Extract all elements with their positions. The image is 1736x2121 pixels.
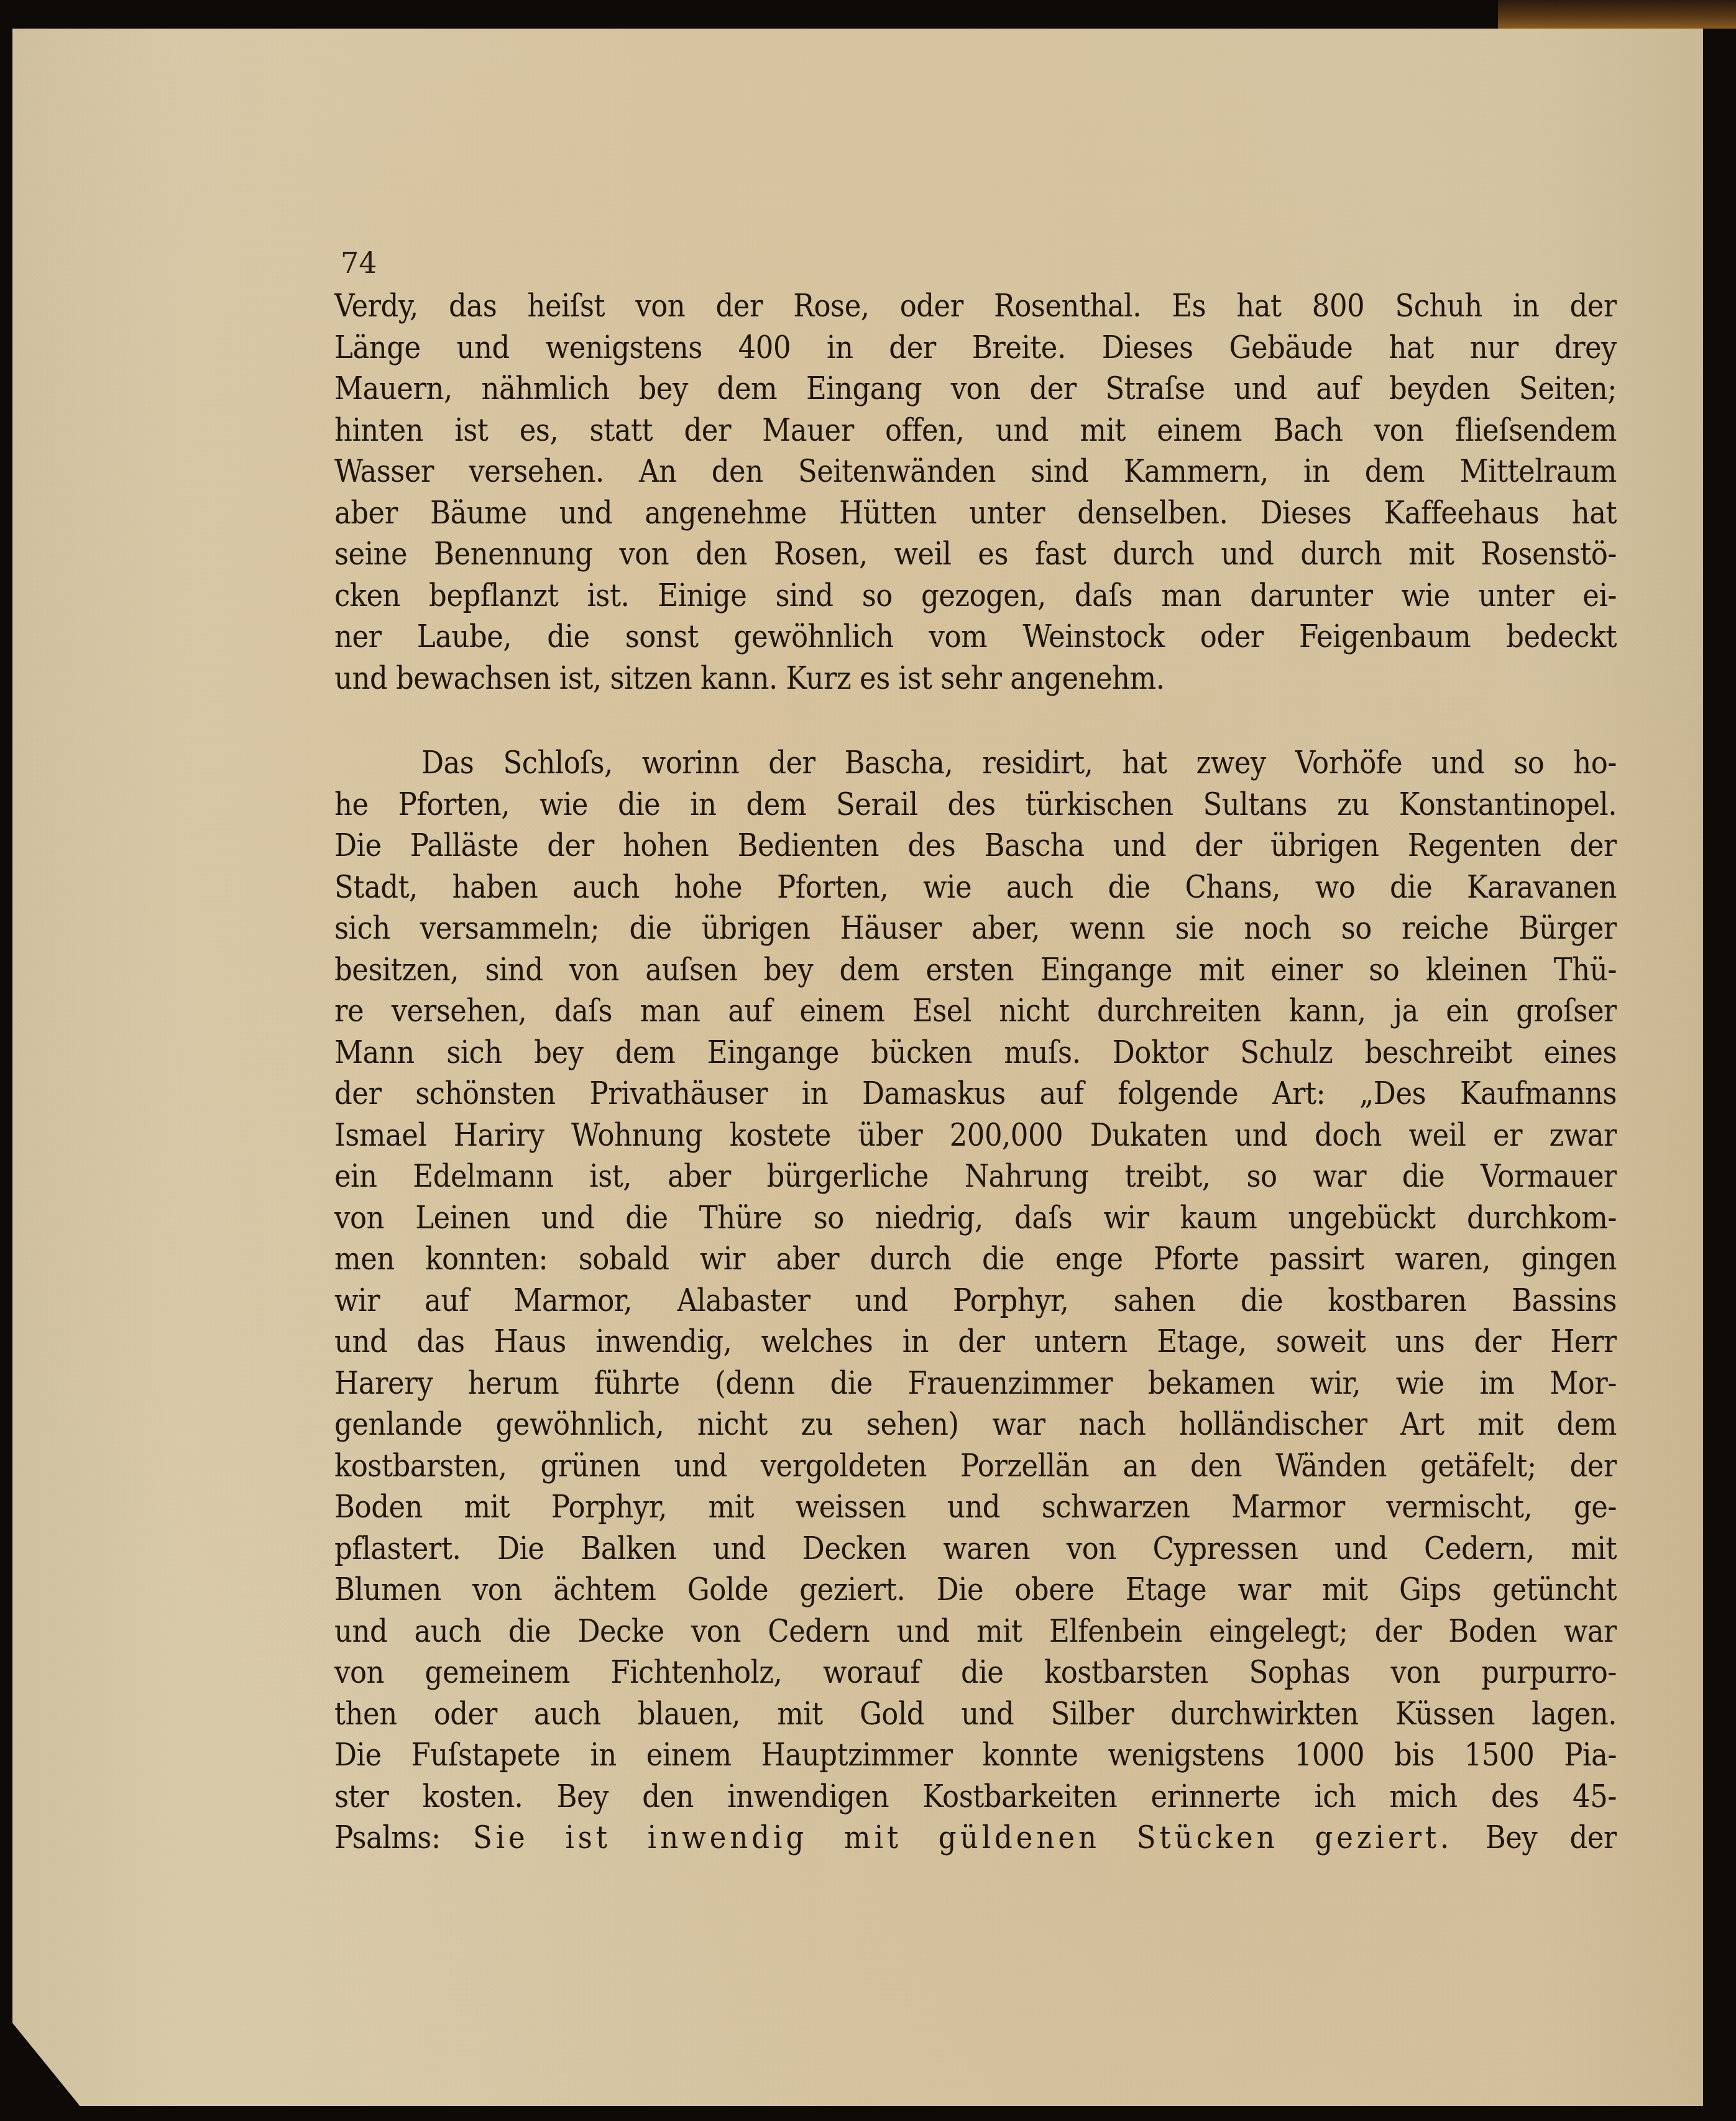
text-line: besitzen, sind von auſsen bey dem ersten… xyxy=(334,949,1617,991)
text-line: Mauern, nähmlich bey dem Eingang von der… xyxy=(334,368,1617,410)
text-line: und das Haus inwendig, welches in der un… xyxy=(334,1321,1617,1363)
text-line: und bewachsen ist, sitzen kann. Kurz es … xyxy=(334,658,1617,699)
continuation-text: Bey der xyxy=(1453,1820,1617,1856)
text-line: Mann sich bey dem Eingange bücken muſs. … xyxy=(334,1032,1617,1074)
book-cover-edge xyxy=(1498,0,1736,29)
text-line: re versehen, daſs man auf einem Esel nic… xyxy=(334,990,1617,1032)
text-line: men konnten: sobald wir aber durch die e… xyxy=(334,1238,1617,1280)
text-line: seine Benennung von den Rosen, weil es f… xyxy=(334,533,1617,575)
text-line: und auch die Decke von Cedern und mit El… xyxy=(334,1611,1617,1652)
body-text: Verdy, das heiſst von der Rose, oder Ros… xyxy=(334,244,1617,1859)
text-line: Ismael Hariry Wohnung kostete über 200,0… xyxy=(334,1115,1617,1156)
text-line: Wasser versehen. An den Seitenwänden sin… xyxy=(334,451,1617,492)
text-line: Verdy, das heiſst von der Rose, oder Ros… xyxy=(334,285,1617,327)
text-line: Boden mit Porphyr, mit weissen und schwa… xyxy=(334,1486,1617,1528)
paragraph-1: Verdy, das heiſst von der Rose, oder Ros… xyxy=(334,285,1617,699)
psalm-prefix: Psalms: xyxy=(334,1820,473,1856)
text-line: sich versammeln; die übrigen Häuser aber… xyxy=(334,908,1617,949)
text-line: Stadt, haben auch hohe Pforten, wie auch… xyxy=(334,867,1617,908)
text-line: he Pforten, wie die in dem Serail des tü… xyxy=(334,784,1617,826)
text-line: wir auf Marmor, Alabaster und Porphyr, s… xyxy=(334,1280,1617,1322)
text-line: Harery herum führte (denn die Frauenzimm… xyxy=(334,1363,1617,1404)
text-line: then oder auch blauen, mit Gold und Silb… xyxy=(334,1693,1617,1735)
paragraph-2: Das Schloſs, worinn der Bascha, residirt… xyxy=(334,742,1617,1859)
text-line-final: Psalms: Sie ist inwendig mit güldenen St… xyxy=(334,1817,1617,1859)
text-line: Die Palläste der hohen Bedienten des Bas… xyxy=(334,825,1617,867)
text-line: von gemeinem Fichtenholz, worauf die kos… xyxy=(334,1652,1617,1693)
text-line: cken bepflanzt ist. Einige sind so gezog… xyxy=(334,575,1617,617)
text-line: ster kosten. Bey den inwendigen Kostbark… xyxy=(334,1776,1617,1818)
text-line: Blumen von ächtem Golde geziert. Die obe… xyxy=(334,1569,1617,1611)
psalm-quote: Sie ist inwendig mit güldenen Stücken ge… xyxy=(473,1820,1453,1856)
next-page-edge xyxy=(1703,29,1715,2106)
text-line: aber Bäume und angenehme Hütten unter de… xyxy=(334,492,1617,534)
text-line: der schönsten Privathäuser in Damaskus a… xyxy=(334,1073,1617,1115)
text-line: Die Fuſstapete in einem Hauptzimmer konn… xyxy=(334,1734,1617,1776)
text-line: hinten ist es, statt der Mauer offen, un… xyxy=(334,410,1617,451)
text-line: pflastert. Die Balken und Decken waren v… xyxy=(334,1528,1617,1570)
text-line: ner Laube, die sonst gewöhnlich vom Wein… xyxy=(334,616,1617,658)
text-line: Länge und wenigstens 400 in der Breite. … xyxy=(334,327,1617,369)
folded-corner xyxy=(12,2038,81,2106)
text-line: ein Edelmann ist, aber bürgerliche Nahru… xyxy=(334,1156,1617,1197)
text-line: genlande gewöhnlich, nicht zu sehen) war… xyxy=(334,1404,1617,1445)
text-line: kostbarsten, grünen und vergoldeten Porz… xyxy=(334,1445,1617,1487)
text-line: Das Schloſs, worinn der Bascha, residirt… xyxy=(334,742,1617,784)
text-line: von Leinen und die Thüre so niedrig, daſ… xyxy=(334,1197,1617,1239)
